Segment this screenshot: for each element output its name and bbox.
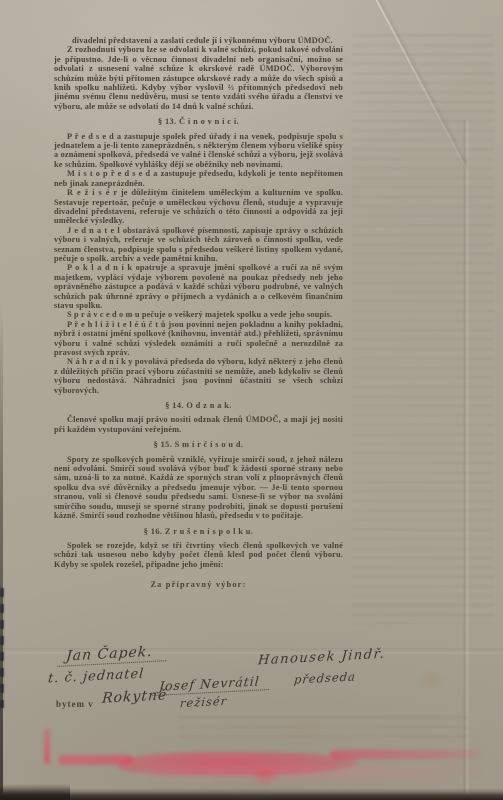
- paragraph-nahradnici: N á h r a d n í k y povolává předseda do…: [54, 357, 343, 395]
- bleedthrough-text-bottom: [178, 716, 468, 740]
- signature-left-role: t. č. jednatel: [47, 666, 144, 686]
- document-text: divadelní představení a zaslati cedule j…: [54, 36, 343, 648]
- ink-stain-drop: [252, 770, 278, 786]
- paragraph-continuation: divadelní představení a zaslati cedule j…: [72, 36, 343, 45]
- section-heading-14: § 14. O d z n a k.: [54, 401, 343, 410]
- paragraph-zruseni-spolku: Spolek se rozejde, když se tři čtvrtiny …: [54, 541, 343, 569]
- section-heading-13: § 13. Č i n o v n í c i.: [54, 117, 343, 126]
- paragraph-odznak: Členové spolku mají právo nositi odznak …: [54, 415, 343, 434]
- ink-stain-drip: [44, 728, 50, 764]
- paper-sheet: divadelní představení a zaslati cedule j…: [0, 0, 503, 800]
- section-heading-15: § 15. S m í r č í s o u d.: [54, 440, 343, 449]
- photo-edge-bottom: [0, 788, 503, 800]
- paragraph-smirci-soud: Spory ze spolkových poměrů vzniklé, vyři…: [54, 455, 343, 521]
- paragraph-reziser: R e ž i s é r je důležitým činitelem umě…: [54, 188, 343, 226]
- section-heading-16: § 16. Z r u š e n í s p o l k u.: [54, 527, 343, 536]
- paragraph-spravce-domu: S p r á v c e d o m u pečuje o veškerý m…: [54, 310, 343, 319]
- bleedthrough-text-right: [352, 34, 494, 624]
- signature-right-role: předseda: [293, 669, 356, 686]
- paragraph-appeals: Z rozhodnutí výboru lze se odvolati k va…: [54, 45, 343, 111]
- paragraph-jednatel: J e d n a t e l obstarává spolkové písem…: [54, 226, 343, 264]
- scanned-document-photo: divadelní představení a zaslati cedule j…: [0, 0, 503, 800]
- paragraph-pokladnik: P o k l a d n í k opatruje a spravuje jm…: [54, 263, 343, 310]
- paragraph-predseda: P ř e d s e d a zastupuje spolek před úř…: [54, 132, 343, 170]
- closing-line: Za přípravný výbor:: [54, 580, 343, 589]
- ink-stain-streak-left: [58, 755, 133, 765]
- signature-middle-role: režisér: [179, 694, 227, 711]
- paragraph-prehlizitele-uctu: P ř e h l í ž i t e l é ú č t ů jsou pov…: [54, 320, 343, 358]
- residence-label: bytem v: [56, 699, 94, 709]
- photo-edge-left: [0, 300, 3, 800]
- signature-middle-name: Josef Nevrátil: [152, 673, 270, 696]
- paragraph-mistopredseda: M í s t o p ř e d s e d a zastupuje před…: [54, 169, 343, 188]
- ink-stain-streak-right: [330, 750, 480, 759]
- photo-edge-corner: [0, 784, 70, 800]
